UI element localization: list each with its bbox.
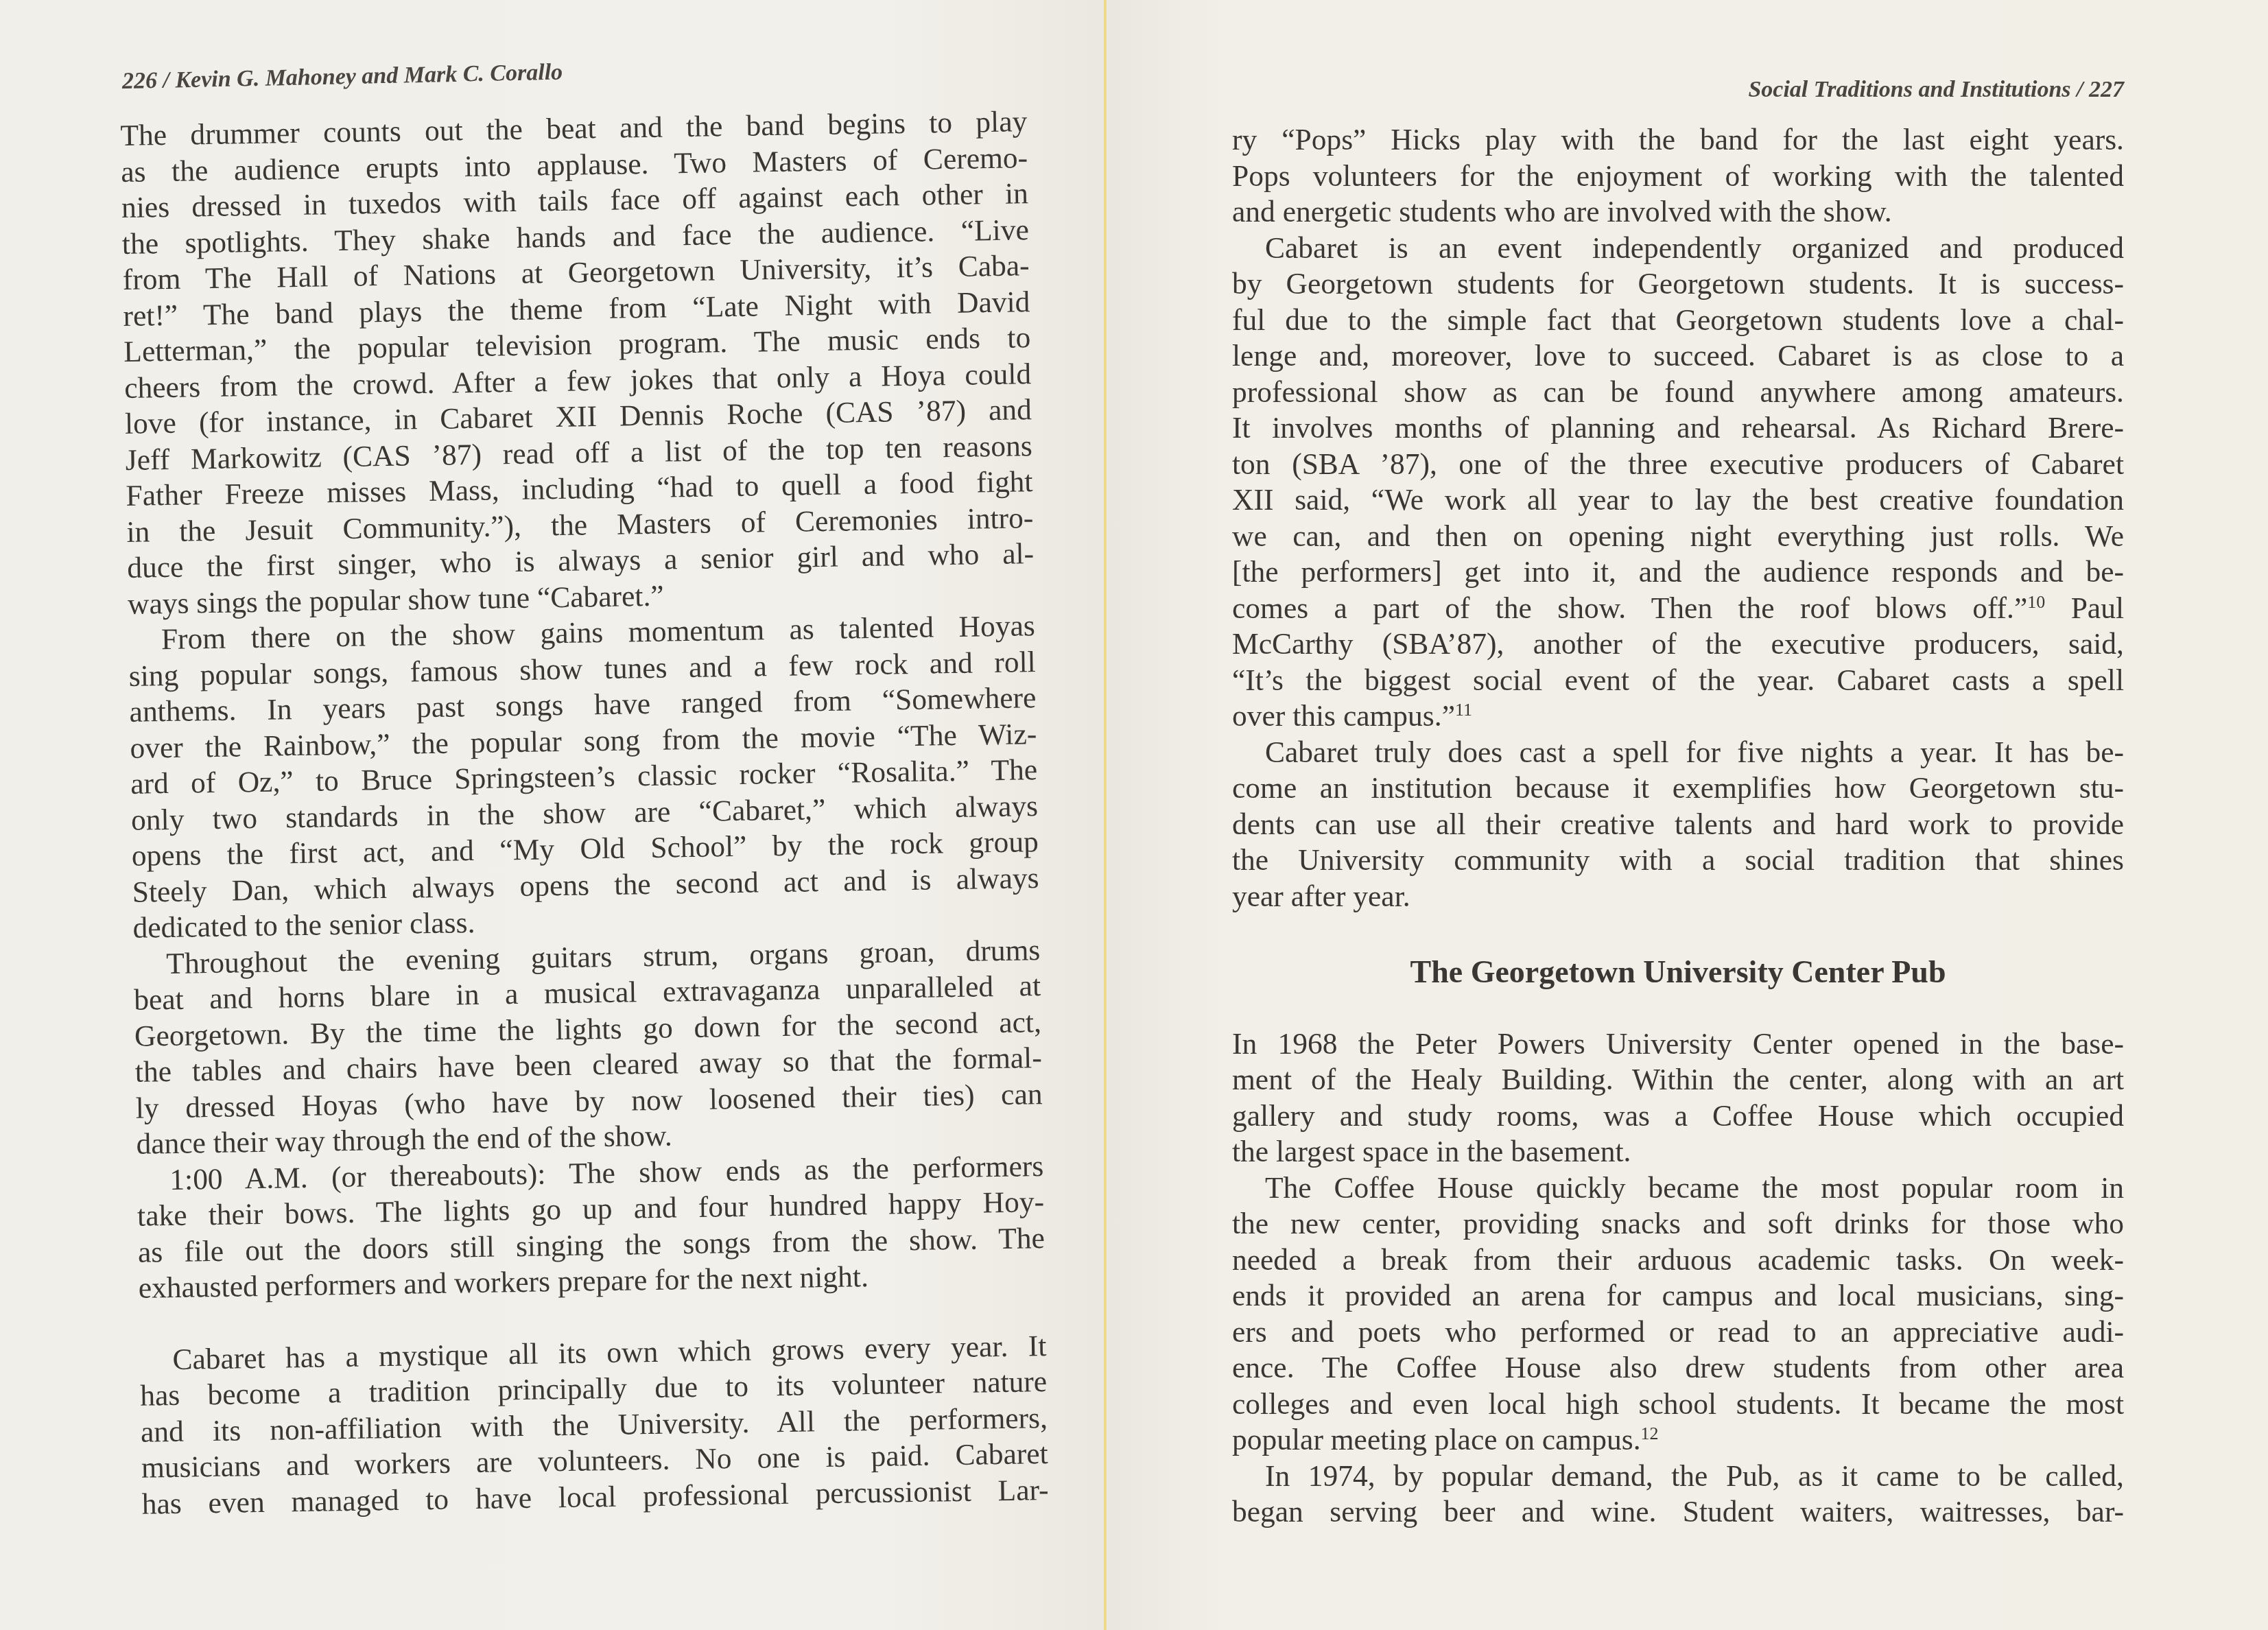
text-line: The Coffee House quickly became the most… [1232, 1170, 2124, 1207]
text-line: ers and poets who performed or read to a… [1232, 1314, 2124, 1351]
text-line: It involves months of planning and rehea… [1232, 410, 2124, 447]
running-head-left: 226 / Kevin G. Mahoney and Mark C. Coral… [122, 60, 563, 95]
running-head-right: Social Traditions and Institutions / 227 [1748, 77, 2124, 103]
text-line: “It’s the biggest social event of the ye… [1232, 663, 2124, 699]
text-line: ton (SBA ’87), one of the three executiv… [1232, 447, 2124, 483]
section-heading: The Georgetown University Center Pub [1232, 954, 2124, 991]
text-line: Pops volunteers for the enjoyment of wor… [1232, 158, 2124, 195]
right-body-text: ry “Pops” Hicks play with the band for t… [1232, 122, 2124, 1531]
text-line: [the performers] get into it, and the au… [1232, 554, 2124, 591]
text-line: ry “Pops” Hicks play with the band for t… [1232, 122, 2124, 158]
footnote-marker: 10 [2027, 591, 2045, 611]
text-line: comes a part of the show. Then the roof … [1232, 591, 2124, 627]
text-line: Cabaret truly does cast a spell for five… [1232, 735, 2124, 771]
text-line: McCarthy (SBA’87), another of the execut… [1232, 626, 2124, 663]
right-text-before-heading: ry “Pops” Hicks play with the band for t… [1232, 122, 2124, 914]
text-line: and energetic students who are involved … [1232, 194, 2124, 231]
text-line: year after year. [1232, 879, 2124, 915]
footnote-marker: 11 [1455, 700, 1472, 720]
text-line: we can, and then on opening night everyt… [1232, 519, 2124, 555]
right-page: Social Traditions and Institutions / 227… [1107, 0, 2268, 1630]
text-line: In 1974, by popular demand, the Pub, as … [1232, 1458, 2124, 1495]
text-line: lenge and, moreover, love to succeed. Ca… [1232, 338, 2124, 375]
text-line: ends it provided an arena for campus and… [1232, 1278, 2124, 1314]
text-line: gallery and study rooms, was a Coffee Ho… [1232, 1098, 2124, 1135]
text-line: In 1968 the Peter Powers University Cent… [1232, 1026, 2124, 1063]
left-page: 226 / Kevin G. Mahoney and Mark C. Coral… [0, 0, 1105, 1630]
text-line: ence. The Coffee House also drew student… [1232, 1350, 2124, 1386]
book-gutter [1104, 0, 1107, 1630]
text-line: come an institution because it exemplifi… [1232, 770, 2124, 807]
footnote-marker: 12 [1641, 1424, 1659, 1443]
text-line: dents can use all their creative talents… [1232, 807, 2124, 843]
text-line: by Georgetown students for Georgetown st… [1232, 266, 2124, 303]
right-text-after-heading: In 1968 the Peter Powers University Cent… [1232, 1026, 2124, 1531]
text-line: the University community with a social t… [1232, 842, 2124, 879]
text-line: the new center, providing snacks and sof… [1232, 1206, 2124, 1242]
text-line: needed a break from their arduous academ… [1232, 1242, 2124, 1279]
text-line: colleges and even local high school stud… [1232, 1386, 2124, 1423]
left-body-text: The drummer counts out the beat and the … [120, 104, 1049, 1522]
text-line: ful due to the simple fact that Georgeto… [1232, 303, 2124, 339]
text-line: professional show as can be found anywhe… [1232, 375, 2124, 411]
text-line: over this campus.”11 [1232, 698, 2124, 735]
text-line: popular meeting place on campus.12 [1232, 1422, 2124, 1458]
text-line: the largest space in the basement. [1232, 1134, 2124, 1170]
text-line: began serving beer and wine. Student wai… [1232, 1494, 2124, 1531]
text-line: XII said, “We work all year to lay the b… [1232, 482, 2124, 519]
text-line: ment of the Healy Building. Within the c… [1232, 1062, 2124, 1098]
text-line: Cabaret is an event independently organi… [1232, 231, 2124, 267]
